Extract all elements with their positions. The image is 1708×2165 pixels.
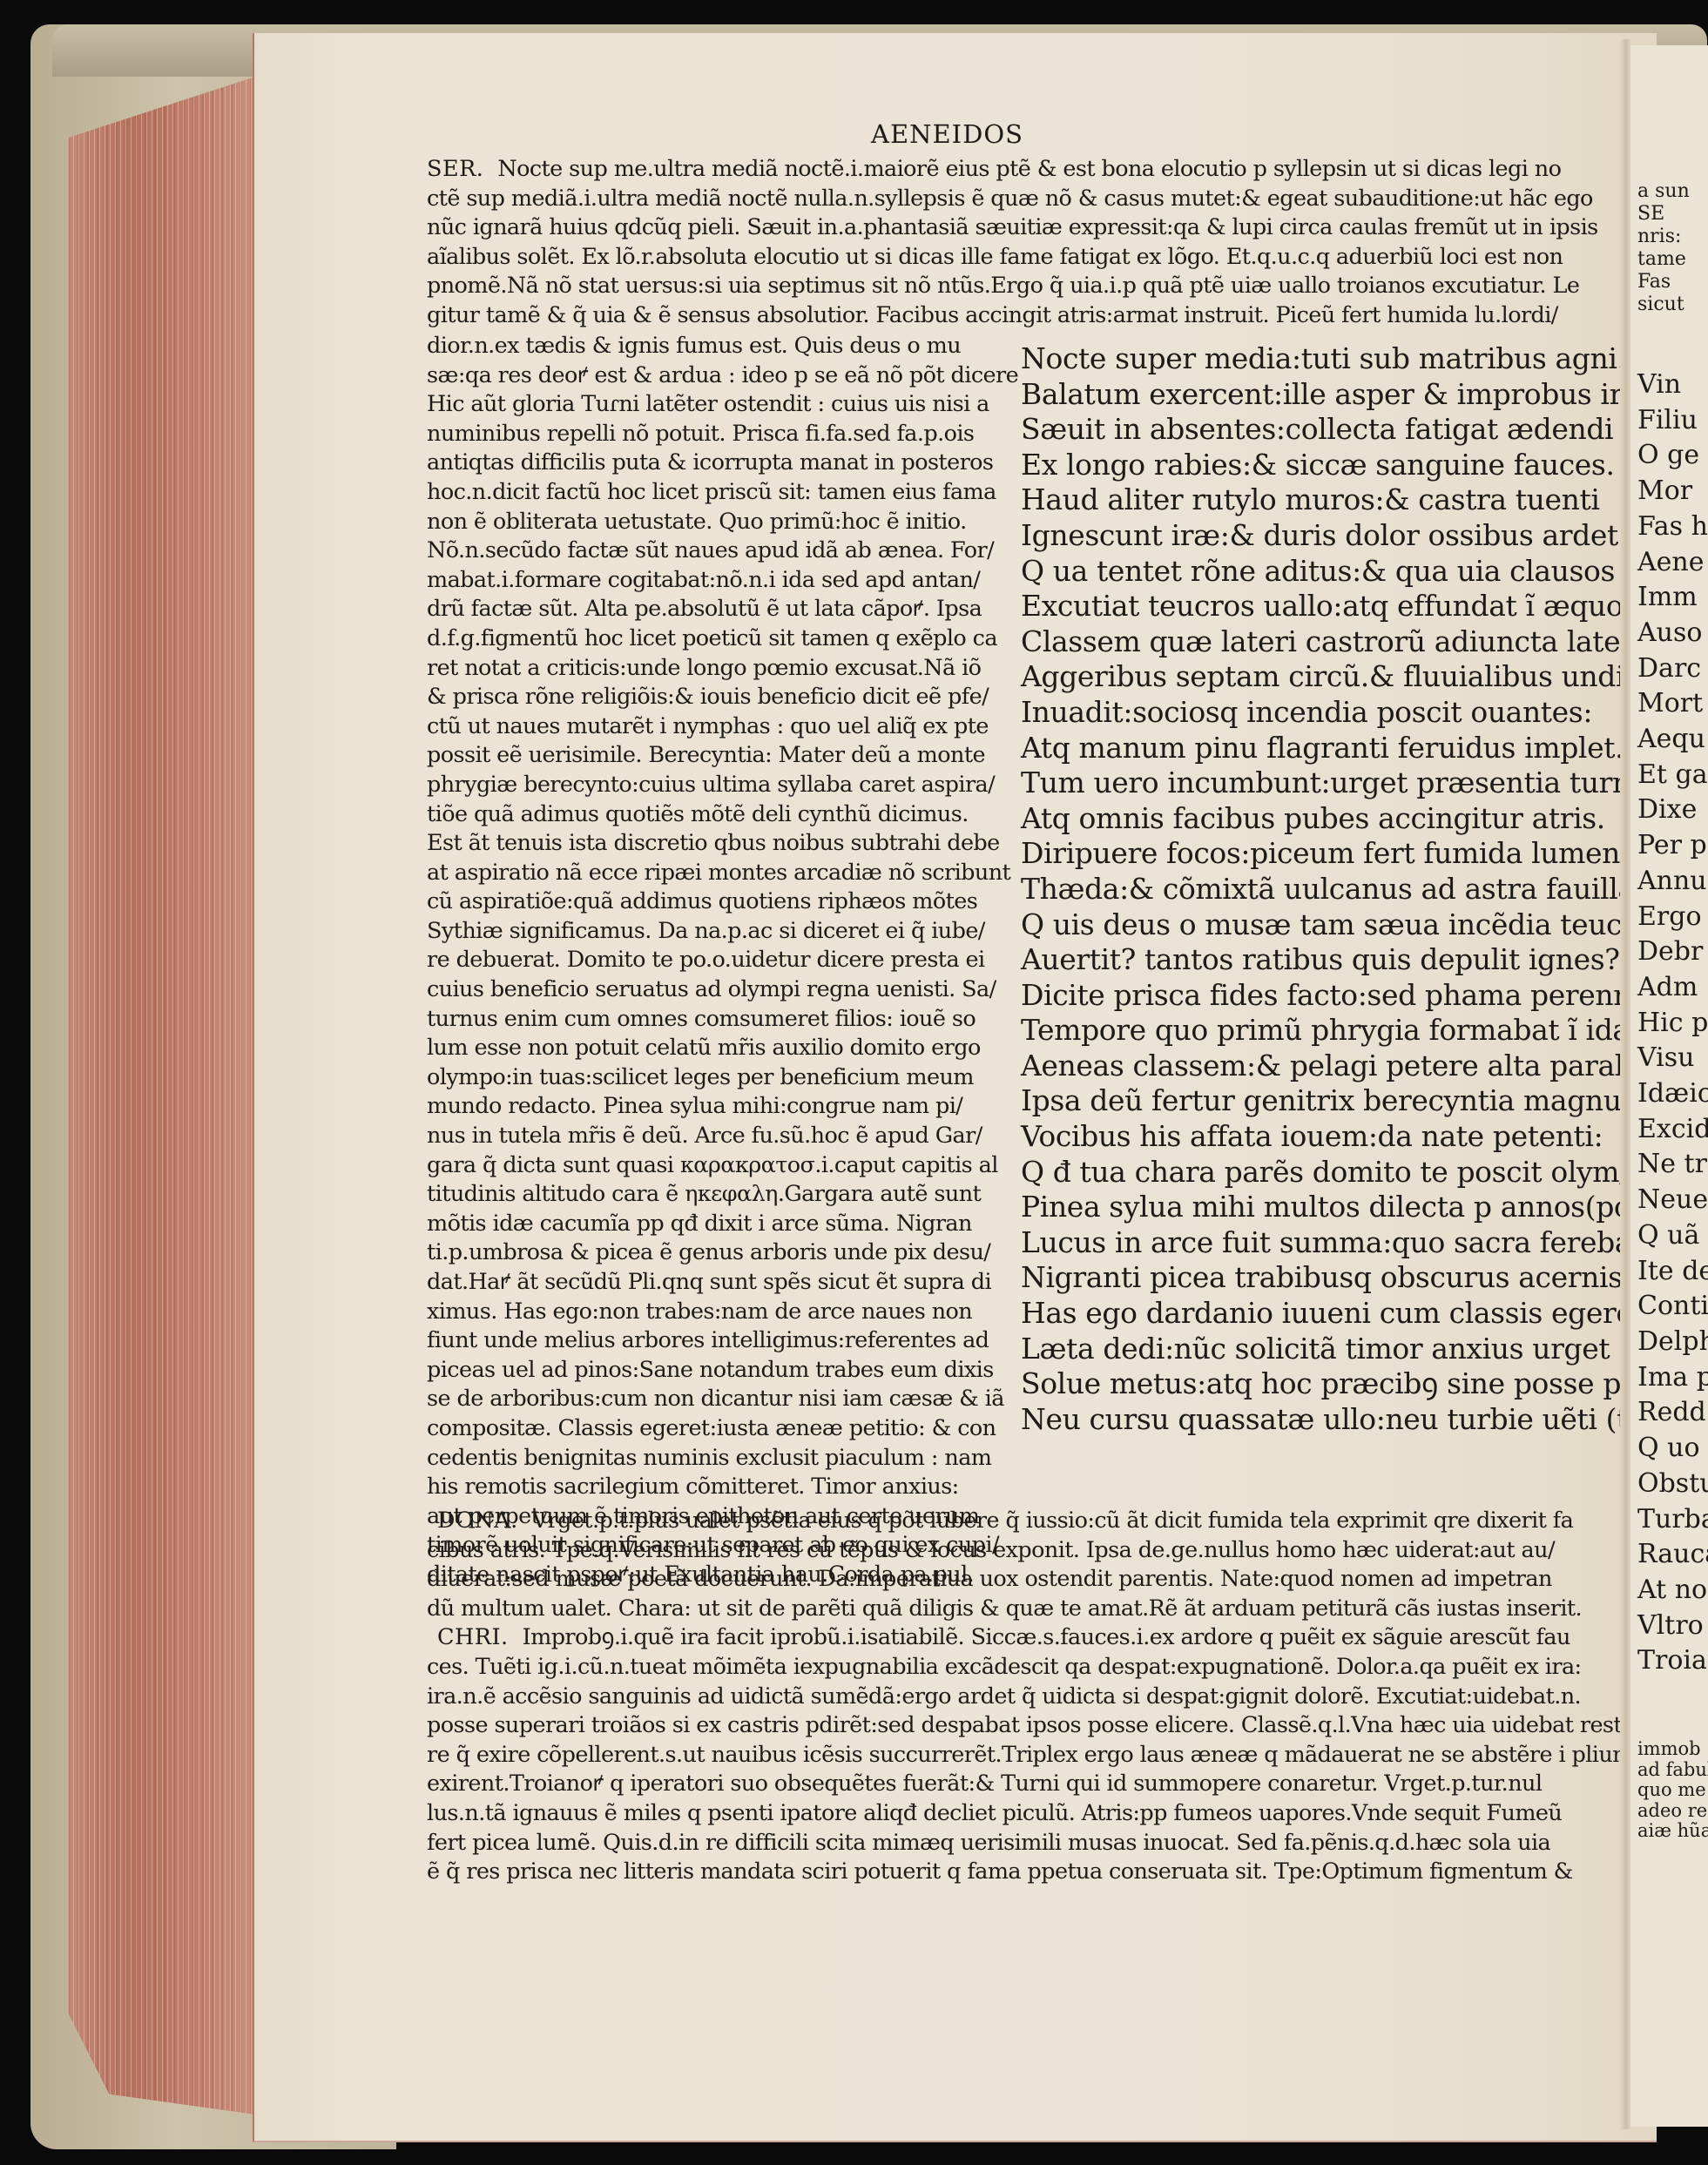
commentary-line: lum esse non potuit celatũ mr̃is auxilio… [427,1034,1010,1063]
commentary-line: Nõ.n.secũdo factæ sũt naues apud idã ab … [427,536,1010,566]
commentary-line: fiunt unde melius arbores intelligimus:r… [427,1326,1010,1356]
facing-verse-line: Vltro [1637,1609,1708,1644]
commentary-line: titudinis altitudo cara ẽ ηκεφαλη.Gargar… [427,1180,1010,1210]
commentary-left-column: dior.n.ex tædis & ignis fumus est. Quis … [427,332,1010,1590]
facing-commentary-line: Fas [1637,271,1690,293]
commentary-line: & prisca rõne religiõis:& iouis benefici… [427,683,1010,712]
facing-verse-line: Imm [1637,580,1708,616]
facing-verse-line: Aequ [1637,722,1708,758]
verse-line: Dicite prisca fides facto:sed phama pere… [1021,978,1578,1014]
commentary-line: compositæ. Classis egeret:iusta æneæ pet… [427,1414,1010,1444]
commentary-line: hoc.n.dicit factũ hoc licet priscũ sit: … [427,478,1010,508]
commentary-line: CHRI.Improbꝯ.i.quẽ ira facit iprobũ.i.is… [427,1623,1576,1653]
verse-line: Diripuere focos:piceum fert fumida lumen [1021,836,1578,872]
commentary-line: Hic aũt gloria Tuɾni latẽter ostendit : … [427,390,1010,420]
commentary-line: nũc ignarã huius qdcũq pieli. Sæuit in.a… [427,213,1568,243]
facing-commentary-line: ad fabul [1637,1760,1708,1781]
facing-commentary-line: quo me [1637,1780,1708,1801]
commentary-line: piceas uel ad pinos:Sane notandum trabes… [427,1356,1010,1386]
commentary-line: posse superari troiãos si ex castris pdi… [427,1711,1576,1741]
commentary-line: dat.Haꝵ ãt secũdũ Pli.qnq sunt spẽs sicu… [427,1268,1010,1298]
facing-commentary-line: adeo re [1637,1801,1708,1822]
commentary-line: cuius beneficio seruatus ad olympi regna… [427,975,1010,1005]
commentary-line: olympo:in tuas:scilicet leges per benefi… [427,1063,1010,1093]
commentary-line: mabat.i.formare cogitabat:nõ.n.i ida sed… [427,566,1010,596]
facing-verse-line: Per p [1637,828,1708,864]
facing-verse-line: Fas h [1637,509,1708,545]
verse-line: Tum uero incumbunt:urget præsentia turni… [1021,766,1578,801]
commentary-line: sæ:qa res deoꝵ est & ardua : ideo p se e… [427,361,1010,391]
verse-line: Q uis deus o musæ tam sæua incẽdia teucr… [1021,907,1578,943]
verse-line: Sæuit in absentes:collecta fatigat ædend… [1021,412,1578,448]
commentary-line: pnomẽ.Nã nõ stat uersus:si uia septimus … [427,272,1568,301]
facing-verse-line: Troian [1637,1643,1708,1679]
commentary-line: antiqtas difficilis puta & icorrupta man… [427,449,1010,478]
verse-line: Has ego dardanio iuueni cum classis eger… [1021,1296,1578,1332]
facing-verse-line: O ge [1637,438,1708,474]
commentary-line: DONA.Vrget.p.t.plus ualet psẽtia eius q … [427,1507,1576,1536]
facing-verse-line: Visu [1637,1041,1708,1076]
commentary-line: ces. Tuẽti ig.i.cũ.n.tueat mõimẽta iexpu… [427,1653,1576,1683]
commentary-line: SER.Nocte sup me.ultra mediã noctẽ.i.mai… [427,155,1568,185]
facing-verse-line: Aene [1637,545,1708,581]
facing-verse-line: Et ga [1637,758,1708,793]
commentary-line: cedentis benignitas numinis exclusit pia… [427,1444,1010,1474]
commentary-line: ximus. Has ego:non trabes:nam de arce na… [427,1298,1010,1327]
facing-commentary-line: tame [1637,248,1690,271]
commentary-line: ret notat a criticis:unde longo pœmio ex… [427,654,1010,684]
verse-line: Atq manum pinu flagranti feruidus implet… [1021,731,1578,766]
verse-line: Nigranti picea trabibusq obscurus acerni… [1021,1260,1578,1296]
commentary-line: ira.n.ẽ accẽsio sanguinis ad uidictã sum… [427,1683,1576,1712]
verse-line: Vocibus his affata iouem:da nate petenti… [1021,1119,1578,1155]
commentary-line: mundo redacto. Pinea sylua mihi:congrue … [427,1092,1010,1122]
commentary-line: re debuerat. Domito te po.o.uidetur dice… [427,946,1010,975]
facing-verse-line: Filiu [1637,403,1708,439]
facing-commentary-line: sicut [1637,293,1690,316]
verse-line: Haud aliter rutylo muros:& castra tuenti [1021,482,1578,518]
verse-line: Balatum exercent:ille asper & improbus i… [1021,377,1578,413]
verse-line: Atq omnis facibus pubes accingitur atris… [1021,801,1578,837]
verse-line: Læta dedi:nũc solicitã timor anxius urge… [1021,1332,1578,1367]
commentary-line: fert picea lumẽ. Quis.d.in re difficili … [427,1829,1576,1858]
facing-verse-line: At nor [1637,1573,1708,1609]
commentary-line: possit eẽ uerisimile. Berecyntia: Mater … [427,741,1010,771]
facing-commentary-line: immob [1637,1739,1708,1760]
facing-verse-line: Idæic [1637,1076,1708,1112]
facing-verse-line: Ergo [1637,900,1708,935]
verse-line: Neu cursu quassatæ ullo:neu turbie uẽti … [1021,1402,1578,1438]
facing-verse-line: Auso [1637,616,1708,651]
commentary-line: his remotis sacrilegium cõmitteret. Timo… [427,1473,1010,1502]
facing-verse-line: Conti [1637,1289,1708,1325]
verse-line: Nocte super media:tuti sub matribus agni… [1021,341,1578,377]
verse-line: Ex longo rabies:& siccæ sanguine fauces. [1021,448,1578,483]
commentary-line: dior.n.ex tædis & ignis fumus est. Quis … [427,332,1010,361]
verse-line: Thæda:& cõmixtã uulcanus ad astra fauill… [1021,872,1578,907]
commentary-line: cibus atris. Tpe.q.Verisimilis fit res c… [427,1536,1576,1566]
facing-verse-line: Turba [1637,1502,1708,1538]
commentary-line: ẽ q̃ res prisca nec litteris mandata sci… [427,1858,1576,1887]
commentator-label-ser: SER. [427,156,483,182]
facing-verse-line: Ite de [1637,1254,1708,1290]
commentary-line: turnus enim cum omnes comsumeret filios:… [427,1005,1010,1035]
facing-commentary-line: a sun [1637,180,1690,203]
commentary-bottom: DONA.Vrget.p.t.plus ualet psẽtia eius q … [427,1507,1576,1887]
facing-commentary-line: SE [1637,203,1690,226]
commentator-label: CHRI. [437,1624,509,1650]
verse-line: Q đ tua chara parẽs domito te poscit oly… [1021,1155,1578,1190]
commentary-line: diuerat:sed musæ poetã docuerunt. Da:imp… [427,1565,1576,1595]
verse-line: Excutiat teucros uallo:atq effundat ĩ æq… [1021,589,1578,624]
facing-commentary-line: nris: [1637,226,1690,248]
commentary-line: Sythiæ significamus. Da na.p.ac si dicer… [427,917,1010,947]
commentator-label: DONA. [437,1507,518,1534]
verse-line: Q ua tentet rõne aditus:& qua uia clauso… [1021,554,1578,590]
commentary-line: Est ãt tenuis ista discretio qbus noibus… [427,829,1010,859]
verse-line: Classem quæ lateri castrorũ adiuncta lat… [1021,624,1578,660]
recto-page-edge: a sunSEnris:tameFassicut VinFiliuO geMor… [1630,45,1708,2127]
commentary-line: ti.p.umbrosa & picea ẽ genus arboris und… [427,1238,1010,1268]
verse-column: Nocte super media:tuti sub matribus agni… [1021,341,1578,1437]
facing-verse-line: Debr [1637,934,1708,970]
facing-verse-line: Ima p [1637,1360,1708,1396]
facing-verse-line: Neue [1637,1183,1708,1218]
facing-verse-line: Redd [1637,1395,1708,1431]
commentary-line: exirent.Troianoꝵ q iperatori suo obsequẽ… [427,1770,1576,1799]
verse-line: Lucus in arce fuit summa:quo sacra fereb… [1021,1225,1578,1261]
commentary-line: se de arboribus:cum non dicantur nisi ia… [427,1385,1010,1414]
commentary-top: SER.Nocte sup me.ultra mediã noctẽ.i.mai… [427,155,1568,331]
commentary-line: ctẽ sup mediã.i.ultra mediã noctẽ nulla.… [427,185,1568,214]
commentary-line: lus.n.tã ignauus ẽ miles q psenti ipator… [427,1799,1576,1829]
verse-line: Solue metus:atq hoc præcibꝯ sine posse p… [1021,1366,1578,1402]
facing-verse-line: Vin [1637,368,1708,403]
commentary-line: dũ multum ualet. Chara: ut sit de parẽti… [427,1595,1576,1624]
commentary-line: drũ factæ sũt. Alta pe.absolutũ ẽ ut lat… [427,595,1010,624]
commentary-line: aĩalibus solẽt. Ex lõ.r.absoluta elocuti… [427,243,1568,273]
commentary-line: re q̃ exire cõpellerent.s.ut nauibus icẽ… [427,1741,1576,1770]
facing-verse-line: Adm [1637,970,1708,1006]
verse-line: Ipsa deũ fertur genitrix berecyntia magn… [1021,1083,1578,1119]
facing-commentary-bottom: immobad fabulquo meadeo reaiæ hũa [1637,1739,1708,1842]
commentary-line: non ẽ obliterata uetustate. Quo primũ:ho… [427,508,1010,537]
facing-verse-line: Mor [1637,474,1708,509]
facing-verse-line: Q uã [1637,1218,1708,1254]
facing-verse: VinFiliuO geMorFas hAeneImmAusoDarcMortA… [1637,368,1708,1679]
facing-verse-line: Obstu [1637,1467,1708,1502]
commentary-line: gitur tamẽ & q̃ uia & ẽ sensus absolutio… [427,301,1568,331]
commentary-line: ctũ ut naues mutarẽt i nymphas : quo uel… [427,712,1010,742]
facing-verse-line: Dixe [1637,792,1708,828]
facing-verse-line: Rauca [1637,1537,1708,1573]
running-head: AENEIDOS [871,119,1023,149]
facing-verse-line: Darc [1637,651,1708,687]
facing-verse-line: Ne tr [1637,1147,1708,1183]
facing-verse-line: Annu [1637,864,1708,900]
facing-verse-line: Q uo [1637,1431,1708,1467]
commentary-line: at aspiratio nã ecce ripæi montes arcadi… [427,859,1010,888]
red-page-fore-edge [68,77,255,2114]
commentary-line: d.f.g.figmentũ hoc licet poeticũ sit tam… [427,624,1010,654]
facing-commentary-line: aiæ hũa [1637,1821,1708,1842]
verse-line: Aeneas classem:& pelagi petere alta para… [1021,1049,1578,1084]
commentary-line: tiõe quã adimus quotiẽs mõtẽ deli cynthũ… [427,800,1010,830]
commentary-line: gara q̃ dicta sunt quasi καρακρατοσ.i.ca… [427,1151,1010,1181]
commentary-line: numinibus repelli nõ potuit. Prisca fi.f… [427,420,1010,449]
verse-line: Tempore quo primũ phrygia formabat ĩ ida [1021,1013,1578,1049]
commentary-line: phrygiæ berecynto:cuius ultima syllaba c… [427,771,1010,800]
verse-line: Auertit? tantos ratibus quis depulit ign… [1021,942,1578,978]
verse-line: Pinea sylua mihi multos dilecta p annos(… [1021,1190,1578,1225]
facing-verse-line: Hic p [1637,1006,1708,1042]
commentary-line: nus in tutela mr̃is ẽ deũ. Arce fu.sũ.ho… [427,1122,1010,1151]
facing-verse-line: Excid [1637,1112,1708,1148]
facing-verse-line: Delph [1637,1325,1708,1360]
verse-line: Aggeribus septam circũ.& fluuialibus und… [1021,659,1578,695]
facing-verse-line: Mort [1637,686,1708,722]
commentary-line: mõtis idæ cacumĩa pp qđ dixit i arce sũm… [427,1210,1010,1239]
verse-line: Ignescunt iræ:& duris dolor ossibus arde… [1021,518,1578,554]
verse-line: Inuadit:sociosq incendia poscit ouantes: [1021,695,1578,731]
commentary-line: cũ aspiratiõe:quã addimus quotiens riphæ… [427,887,1010,917]
facing-commentary-top: a sunSEnris:tameFassicut [1637,180,1690,316]
